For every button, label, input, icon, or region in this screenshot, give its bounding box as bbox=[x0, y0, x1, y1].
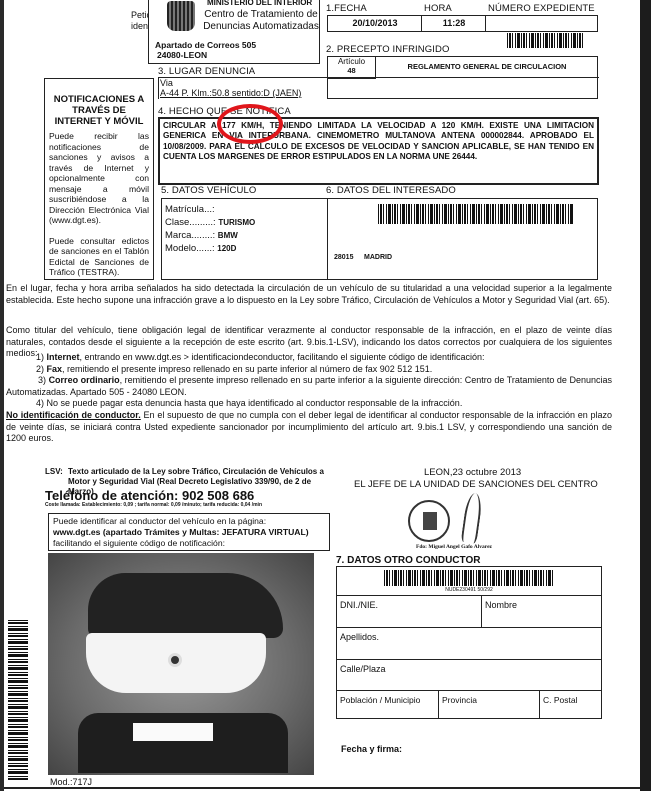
side-barcode bbox=[8, 620, 28, 780]
lugar-title: 3. LUGAR DENUNCIA bbox=[158, 66, 255, 77]
chief-title: EL JEFE DE LA UNIDAD DE SANCIONES DEL CE… bbox=[354, 479, 598, 490]
provincia-field[interactable]: Provincia bbox=[439, 690, 540, 719]
car-bumper bbox=[78, 713, 288, 773]
license-plate-blank bbox=[133, 723, 213, 741]
matricula-row: Matrícula...: bbox=[165, 203, 325, 216]
signer-name: Fdo: Miguel Angel Gafo Alvarez bbox=[416, 544, 492, 550]
fecha-firma-label: Fecha y firma: bbox=[341, 744, 402, 754]
payment-note: 4) No se puede pagar esta denuncia hasta… bbox=[6, 398, 612, 410]
articulo-cell: Artículo 48 bbox=[328, 57, 376, 79]
method-fax: 2) Fax, remitiendo el presente impreso r… bbox=[6, 364, 612, 376]
method-mail: 3) Correo ordinario, remitiendo el prese… bbox=[6, 375, 612, 398]
po-box-address: Apartado de Correos 505 24080-LEON bbox=[155, 40, 256, 60]
interesado-title: 6. DATOS DEL INTERESADO bbox=[326, 185, 456, 196]
otro-conductor-form: NUDE230491 50/292 DNI./NIE. Nombre Apell… bbox=[336, 566, 602, 719]
reglamento-name: REGLAMENTO GENERAL DE CIRCULACION bbox=[376, 62, 598, 71]
spanish-crest-icon bbox=[167, 1, 195, 31]
via-value: A-44 P. Klm.:50.8 sentido:D (JAEN) bbox=[159, 88, 599, 98]
dni-field[interactable]: DNI./NIE. bbox=[337, 595, 482, 627]
official-seal-icon bbox=[408, 500, 450, 542]
clase-row: Clase.........: TURISMO bbox=[165, 216, 325, 229]
vehiculo-box: Matrícula...: Clase.........: TURISMO Ma… bbox=[161, 198, 329, 280]
jefatura-virtual-box: Puede identificar al conductor del vehíc… bbox=[48, 513, 330, 551]
otro-conductor-title: 7. DATOS OTRO CONDUCTOR bbox=[336, 555, 480, 566]
interesado-box: 28015 MADRID bbox=[327, 198, 598, 280]
calle-field[interactable]: Calle/Plaza bbox=[337, 659, 601, 690]
fecha-label: 1.FECHA bbox=[326, 3, 367, 14]
fecha-value: 20/10/2013 bbox=[327, 15, 423, 32]
form-model: Mod.:717J bbox=[50, 777, 92, 787]
notifications-box: NOTIFICACIONES A TRAVÉS DE INTERNET Y MÓ… bbox=[44, 78, 154, 280]
marca-row: Marca........: BMW bbox=[165, 229, 325, 242]
detection-paragraph: En el lugar, fecha y hora arriba señalad… bbox=[6, 283, 612, 306]
interesado-barcode bbox=[378, 204, 574, 224]
identification-methods: 1) Internet, entrando en www.dgt.es > id… bbox=[6, 352, 612, 410]
postal-code: 28015 bbox=[334, 254, 353, 261]
page-bottom-rule bbox=[4, 787, 640, 789]
center-name: Centro de Tratamiento de Denuncias Autom… bbox=[203, 9, 319, 33]
lugar-box: Via A-44 P. Klm.:50.8 sentido:D (JAEN) bbox=[158, 77, 599, 99]
precepto-title: 2. PRECEPTO INFRINGIDO bbox=[326, 44, 449, 55]
notification-code: NUDE230491 50/292 bbox=[337, 587, 601, 593]
viewer-edge bbox=[640, 0, 651, 791]
ministry-name: MINISTERIO DEL INTERIOR bbox=[207, 0, 312, 7]
hora-value: 11:28 bbox=[421, 15, 487, 32]
radar-photo bbox=[48, 553, 314, 775]
bmw-logo-icon bbox=[168, 653, 182, 667]
notifications-text: Puede recibir las notificaciones de sanc… bbox=[49, 131, 149, 226]
notification-barcode bbox=[384, 570, 554, 586]
ministry-box: MINISTERIO DEL INTERIOR Centro de Tratam… bbox=[148, 0, 320, 64]
apellidos-field[interactable]: Apellidos. bbox=[337, 627, 601, 659]
expediente-label: NÚMERO EXPEDIENTE bbox=[488, 3, 595, 14]
hora-label: HORA bbox=[424, 3, 452, 14]
modelo-row: Modelo......: 120D bbox=[165, 242, 325, 255]
codigo-postal-field[interactable]: C. Postal bbox=[540, 690, 601, 719]
lsv-label: LSV: bbox=[45, 467, 63, 476]
vehiculo-title: 5. DATOS VEHÍCULO bbox=[161, 185, 256, 196]
poblacion-field[interactable]: Población / Municipio bbox=[337, 690, 439, 719]
no-identification-paragraph: No identificación de conductor. En el su… bbox=[6, 410, 612, 445]
support-phone: Teléfono de atención: 902 508 686 bbox=[45, 488, 254, 503]
expediente-barcode bbox=[507, 33, 584, 48]
nombre-field[interactable]: Nombre bbox=[482, 595, 601, 627]
traffic-fine-document: Petición de datos al titular para identi… bbox=[4, 0, 640, 791]
car-rear-window bbox=[88, 573, 283, 638]
call-cost: Coste llamada: Establecimiento: 0,09 ; t… bbox=[45, 502, 262, 508]
method-internet: 1) Internet, entrando en www.dgt.es > id… bbox=[6, 352, 612, 364]
signature-icon bbox=[461, 492, 484, 544]
place-date: LEON,23 octubre 2013 bbox=[424, 467, 521, 478]
expediente-value bbox=[485, 15, 598, 32]
city: MADRID bbox=[364, 254, 392, 261]
notifications-title: NOTIFICACIONES A TRAVÉS DE INTERNET Y MÓ… bbox=[49, 94, 149, 127]
speed-highlight-circle bbox=[217, 104, 283, 144]
testra-text: Puede consultar edictos de sanciones en … bbox=[49, 236, 149, 278]
